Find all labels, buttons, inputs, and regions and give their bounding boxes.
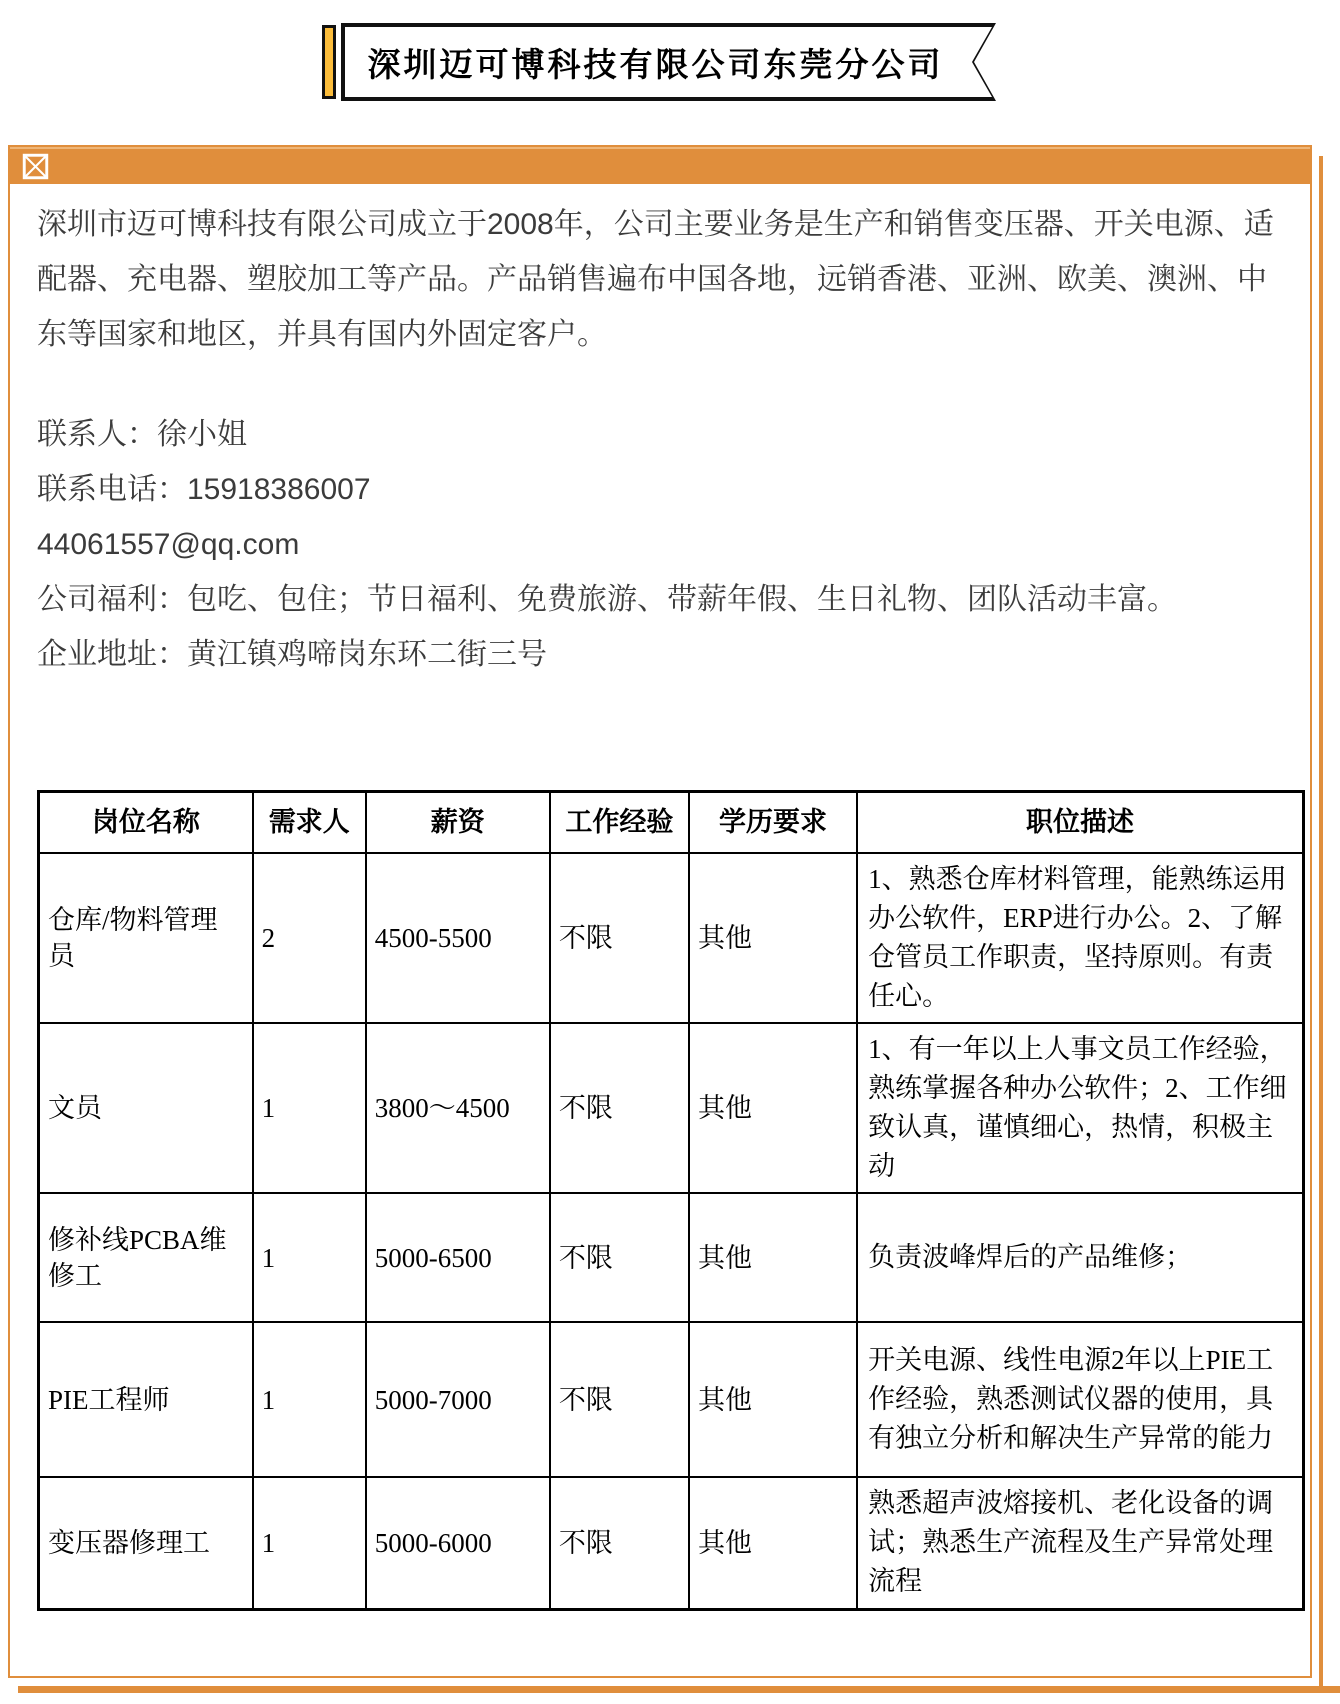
frame-shadow-right (1319, 156, 1323, 1693)
cell-position: 文员 (39, 1023, 253, 1193)
table-row: PIE工程师 1 5000-7000 不限 其他 开关电源、线性电源2年以上PI… (39, 1322, 1304, 1477)
contact-block: 联系人：徐小姐 联系电话：15918386007 44061557@qq.com… (37, 407, 1280, 682)
content-frame: 深圳市迈可博科技有限公司成立于2008年，公司主要业务是生产和销售变压器、开关电… (8, 145, 1312, 1678)
table-row: 变压器修理工 1 5000-6000 不限 其他 熟悉超声波熔接机、老化设备的调… (39, 1477, 1304, 1609)
jobs-table-header: 岗位名称 需求人 薪资 工作经验 学历要求 职位描述 (39, 792, 1304, 854)
cell-experience: 不限 (550, 1193, 689, 1322)
cell-description: 熟悉超声波熔接机、老化设备的调试；熟悉生产流程及生产异常处理流程 (857, 1477, 1303, 1609)
table-row: 文员 1 3800～4500 不限 其他 1、有一年以上人事文员工作经验，熟练掌… (39, 1023, 1304, 1193)
cell-headcount: 1 (253, 1193, 366, 1322)
cell-education: 其他 (689, 853, 857, 1023)
cell-education: 其他 (689, 1023, 857, 1193)
cell-description: 开关电源、线性电源2年以上PIE工作经验，熟悉测试仪器的使用，具有独立分析和解决… (857, 1322, 1303, 1477)
banner-accent-bar (322, 25, 336, 99)
company-banner-title: 深圳迈可博科技有限公司东莞分公司 (368, 39, 944, 86)
cell-salary: 5000-6000 (366, 1477, 550, 1609)
job-posting-page: 深圳迈可博科技有限公司东莞分公司 深圳市迈可博科技有限公司成立于2008年，公司… (0, 0, 1340, 1704)
contact-person-line: 联系人：徐小姐 (37, 407, 1280, 462)
cell-headcount: 1 (253, 1477, 366, 1609)
cell-education: 其他 (689, 1322, 857, 1477)
cell-position: 仓库/物料管理员 (39, 853, 253, 1023)
cell-education: 其他 (689, 1477, 857, 1609)
cell-experience: 不限 (550, 1023, 689, 1193)
cell-headcount: 1 (253, 1023, 366, 1193)
cell-salary: 5000-6500 (366, 1193, 550, 1322)
cell-experience: 不限 (550, 1322, 689, 1477)
jobs-table: 岗位名称 需求人 薪资 工作经验 学历要求 职位描述 仓库/物料管理员 2 45… (37, 790, 1305, 1611)
cell-position: 变压器修理工 (39, 1477, 253, 1609)
company-welfare-line: 公司福利：包吃、包住；节日福利、免费旅游、带薪年假、生日礼物、团队活动丰富。 (37, 572, 1280, 627)
cell-headcount: 2 (253, 853, 366, 1023)
banner-ribbon: 深圳迈可博科技有限公司东莞分公司 (341, 23, 996, 101)
header-education: 学历要求 (689, 792, 857, 854)
cell-salary: 3800～4500 (366, 1023, 550, 1193)
contact-phone-line: 联系电话：15918386007 (37, 462, 1280, 517)
table-row: 仓库/物料管理员 2 4500-5500 不限 其他 1、熟悉仓库材料管理，能熟… (39, 853, 1304, 1023)
header-description: 职位描述 (857, 792, 1303, 854)
frame-top-bar (10, 147, 1310, 184)
cell-salary: 4500-5500 (366, 853, 550, 1023)
cell-position: PIE工程师 (39, 1322, 253, 1477)
cell-experience: 不限 (550, 1477, 689, 1609)
header-headcount: 需求人 (253, 792, 366, 854)
cell-education: 其他 (689, 1193, 857, 1322)
header-salary: 薪资 (366, 792, 550, 854)
contact-email-line: 44061557@qq.com (37, 517, 1280, 572)
cell-salary: 5000-7000 (366, 1322, 550, 1477)
header-position: 岗位名称 (39, 792, 253, 854)
cell-headcount: 1 (253, 1322, 366, 1477)
cell-description: 负责波峰焊后的产品维修； (857, 1193, 1303, 1322)
company-intro-paragraph: 深圳市迈可博科技有限公司成立于2008年，公司主要业务是生产和销售变压器、开关电… (37, 197, 1280, 362)
table-row: 修补线PCBA维修工 1 5000-6500 不限 其他 负责波峰焊后的产品维修… (39, 1193, 1304, 1322)
frame-shadow-bottom (18, 1686, 1340, 1693)
cell-position: 修补线PCBA维修工 (39, 1193, 253, 1322)
boxed-x-icon (22, 153, 49, 180)
cell-description: 1、有一年以上人事文员工作经验，熟练掌握各种办公软件；2、工作细致认真，谨慎细心… (857, 1023, 1303, 1193)
cell-description: 1、熟悉仓库材料管理，能熟练运用办公软件，ERP进行办公。2、了解仓管员工作职责… (857, 853, 1303, 1023)
company-banner: 深圳迈可博科技有限公司东莞分公司 (322, 23, 996, 101)
content-body: 深圳市迈可博科技有限公司成立于2008年，公司主要业务是生产和销售变压器、开关电… (10, 197, 1310, 1611)
header-experience: 工作经验 (550, 792, 689, 854)
cell-experience: 不限 (550, 853, 689, 1023)
company-address-line: 企业地址：黄江镇鸡啼岗东环二街三号 (37, 627, 1280, 682)
